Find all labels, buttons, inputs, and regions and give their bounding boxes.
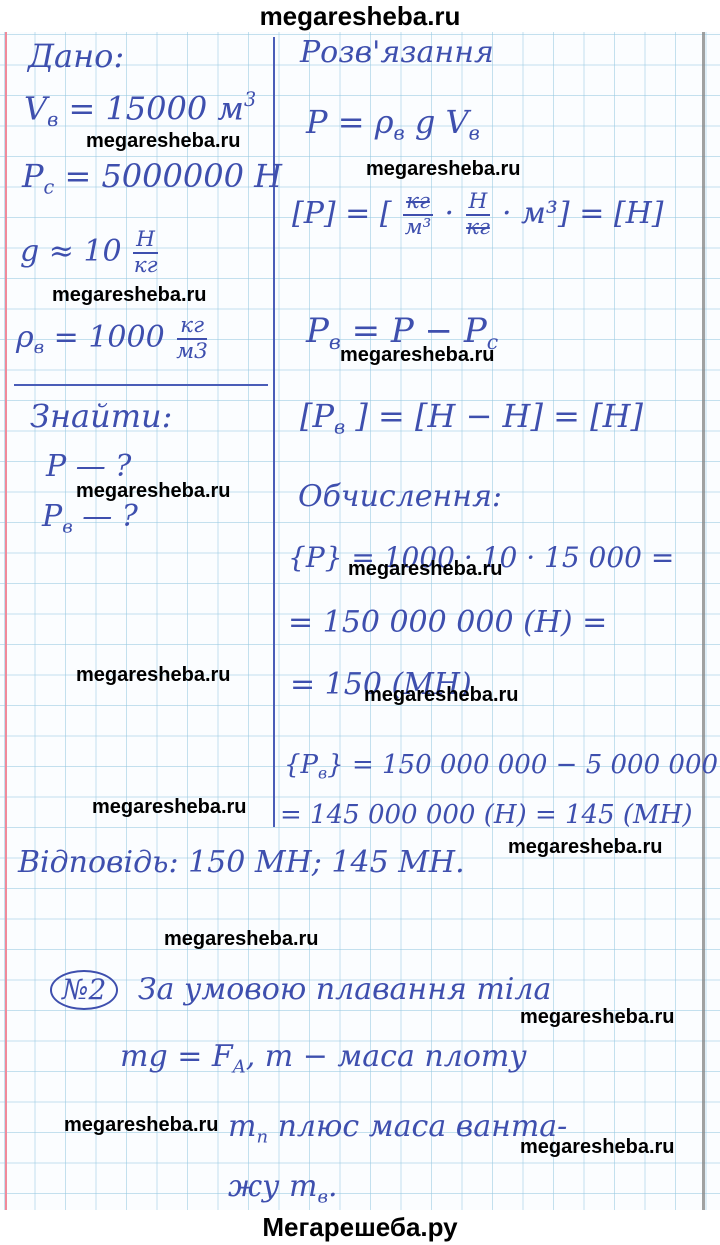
formula-weight-units: [P] = [ кгм³ · Нкг · м³] = [Н] — [292, 190, 663, 240]
page-edge — [702, 32, 705, 1210]
calc-line-2: = 150 000 000 (Н) = — [288, 608, 607, 638]
watermark: megaresheba.ru — [364, 684, 519, 707]
given-title: Дано: — [28, 40, 124, 72]
watermark: megaresheba.ru — [164, 928, 319, 951]
site-footer: Мегарешеба.ру — [0, 1210, 720, 1245]
answer-line: Відповідь: 150 МН; 145 МН. — [18, 848, 465, 878]
problem2-line-3: mп плюс маса ванта- — [228, 1112, 567, 1146]
notebook-page: Дано: Vв = 15000 м3 Pc = 5000000 Н g ≈ 1… — [0, 32, 720, 1210]
watermark: megaresheba.ru — [520, 1136, 675, 1159]
calculation-title: Обчислення: — [298, 482, 502, 512]
watermark: megaresheba.ru — [508, 836, 663, 859]
find-weight: P — ? — [46, 452, 131, 482]
density-unit-fraction: кг м3 — [176, 314, 208, 364]
watermark: megaresheba.ru — [52, 284, 207, 307]
find-title: Знайти: — [30, 400, 172, 432]
answer-label: Відповідь: — [18, 845, 179, 880]
answer-text: 150 МН; 145 МН. — [188, 845, 465, 880]
problem-number-badge: №2 — [50, 970, 118, 1010]
calc-line-4: {Pв} = 150 000 000 − 5 000 000 = — [284, 752, 720, 782]
formula-water-weight-units: [Pв ] = [Н − Н] = [Н] — [300, 400, 643, 437]
problem2-line-1: №2 За умовою плавання тіла — [50, 970, 551, 1010]
footer-site-name: Мегарешеба.ру — [262, 1212, 457, 1242]
watermark: megaresheba.ru — [76, 664, 231, 687]
watermark: megaresheba.ru — [348, 558, 503, 581]
watermark: megaresheba.ru — [520, 1006, 675, 1029]
given-cargo-weight: Pc = 5000000 Н — [22, 160, 282, 197]
given-gravity: g ≈ 10 Н кг — [20, 228, 160, 278]
find-water-weight: Pв — ? — [42, 502, 138, 536]
watermark: megaresheba.ru — [340, 344, 495, 367]
site-header: megaresheba.ru — [0, 0, 720, 32]
site-name: megaresheba.ru — [260, 1, 461, 31]
watermark: megaresheba.ru — [64, 1114, 219, 1137]
margin-line — [5, 32, 7, 1210]
gravity-unit-fraction: Н кг — [133, 228, 158, 278]
given-volume: Vв = 15000 м3 — [24, 90, 256, 129]
calc-line-5: = 145 000 000 (Н) = 145 (МН) — [280, 802, 692, 828]
watermark: megaresheba.ru — [76, 480, 231, 503]
solution-title: Розв'язання — [300, 38, 494, 68]
watermark: megaresheba.ru — [92, 796, 247, 819]
problem2-line-2: mg = FA, m − маса плоту — [120, 1042, 527, 1076]
watermark: megaresheba.ru — [366, 158, 521, 181]
given-solution-divider — [273, 37, 275, 827]
formula-weight: P = ρв g Vв — [306, 106, 480, 143]
given-find-divider — [14, 384, 268, 386]
problem2-line-4: жу mв. — [228, 1172, 338, 1206]
watermark: megaresheba.ru — [86, 130, 241, 153]
given-water-density: ρв = 1000 кг м3 — [16, 314, 210, 364]
